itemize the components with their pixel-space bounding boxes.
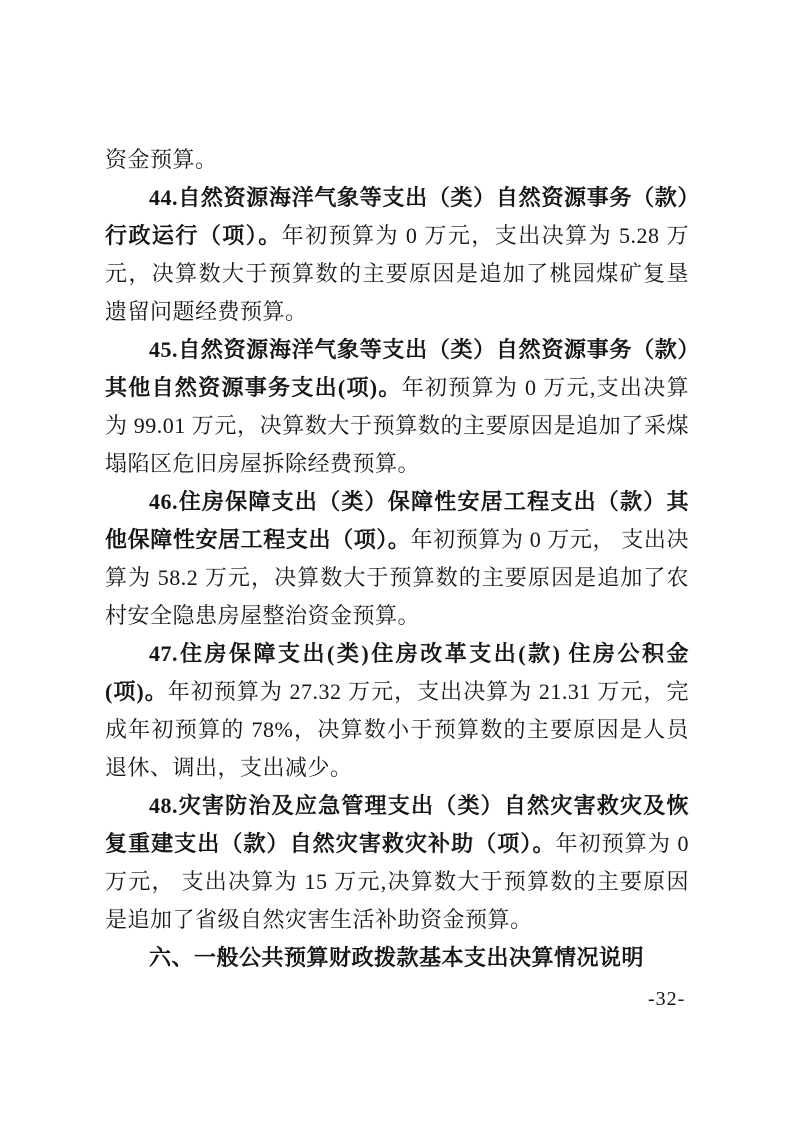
- document-page: 资金预算。 44.自然资源海洋气象等支出（类）自然资源事务（款）行政运行（项）。…: [0, 0, 793, 1122]
- page-number: -32-: [648, 988, 685, 1011]
- paragraph-item-48: 48.灾害防治及应急管理支出（类）自然灾害救灾及恢复重建支出（款）自然灾害救灾补…: [105, 787, 689, 939]
- paragraph-item-44: 44.自然资源海洋气象等支出（类）自然资源事务（款）行政运行（项）。年初预算为 …: [105, 179, 689, 331]
- section-heading: 六、一般公共预算财政拨款基本支出决算情况说明: [105, 939, 689, 977]
- continuation-text: 资金预算。: [105, 147, 218, 172]
- paragraph-item-46: 46.住房保障支出（类）保障性安居工程支出（款）其他保障性安居工程支出（项）。年…: [105, 483, 689, 635]
- paragraph-item-47: 47.住房保障支出(类)住房改革支出(款) 住房公积金(项)。年初预算为 27.…: [105, 635, 689, 787]
- item-47-body: 年初预算为 27.32 万元，支出决算为 21.31 万元，完成年初预算的 78…: [105, 679, 689, 780]
- paragraph-item-45: 45.自然资源海洋气象等支出（类）自然资源事务（款）其他自然资源事务支出(项)。…: [105, 331, 689, 483]
- document-body: 资金预算。 44.自然资源海洋气象等支出（类）自然资源事务（款）行政运行（项）。…: [105, 141, 689, 977]
- paragraph-continuation: 资金预算。: [105, 141, 689, 179]
